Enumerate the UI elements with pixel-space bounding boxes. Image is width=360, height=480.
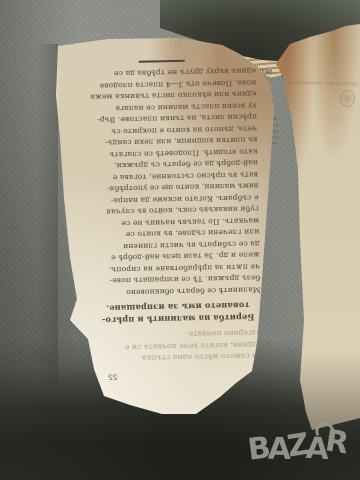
photo-of-open-book: Практично овощарство ПРАКТИЧЕСКОТО линия… (0, 0, 360, 480)
previous-section-text: на самото мѣсто една стъпкагодини, когат… (95, 327, 262, 365)
facing-page-running-header: Практично овощарство (296, 79, 358, 86)
footnote-rule (139, 60, 185, 63)
page-text-block-upside-down: 55 на самото мѣсто една стъпкагодини, ко… (90, 58, 263, 381)
page-edge-shadow (36, 44, 58, 384)
chapter-heading: Беритба на малинитѣ и прѣго-товането имъ… (95, 299, 261, 325)
page-number: 55 (96, 367, 262, 382)
body-text: Малинитѣ се бератъ обикновенобезъ дръжки… (90, 65, 261, 298)
bazar-watermark: BAZAR (247, 428, 358, 476)
ink-stamp-icon (340, 90, 355, 107)
